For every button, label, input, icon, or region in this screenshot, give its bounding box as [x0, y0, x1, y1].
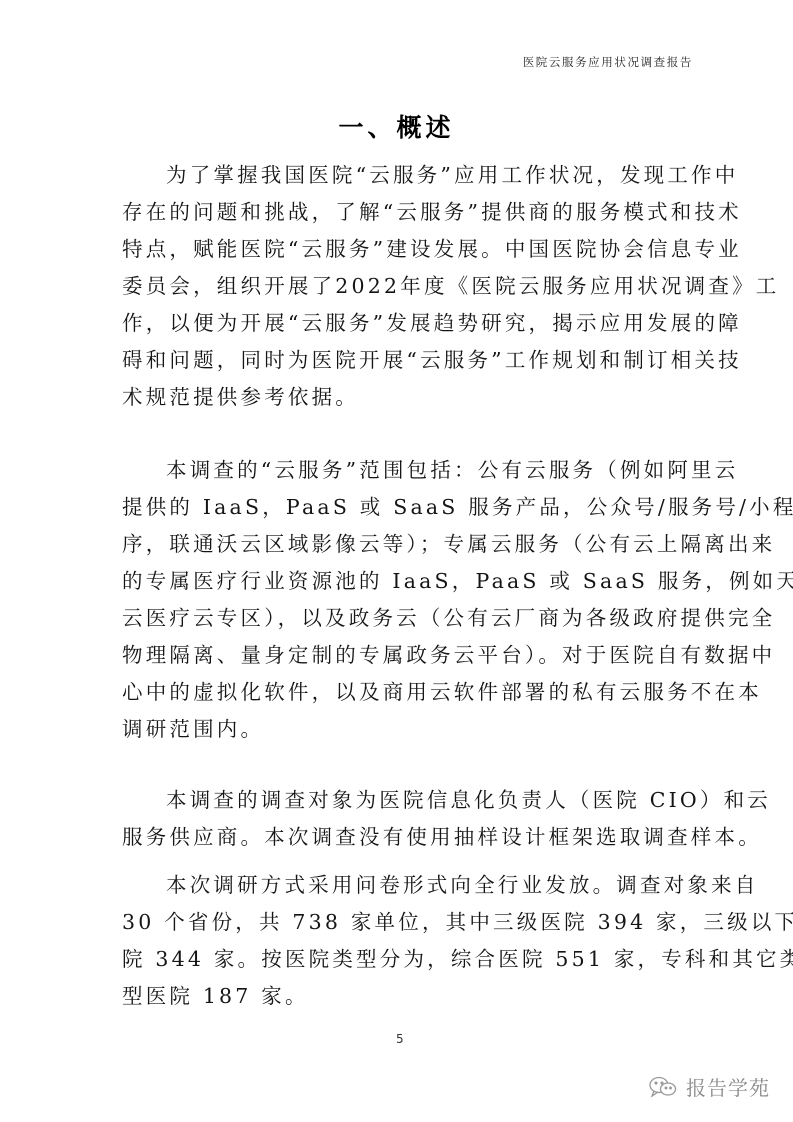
text-line: 物理隔离、量身定制的专属政务云平台）。对于医院自有数据中: [122, 637, 702, 674]
text-line: 作，以便为开展“云服务”发展趋势研究，揭示应用发展的障: [122, 305, 702, 342]
paragraph-subjects: 本调查的调查对象为医院信息化负责人（医院 CIO）和云 服务供应商。本次调查没有…: [122, 782, 702, 856]
text-line: 云医疗云专区），以及政务云（公有云厂商为各级政府提供完全: [122, 600, 702, 637]
text-line: 型医院 187 家。: [122, 978, 702, 1015]
text-line: 调研范围内。: [122, 711, 702, 748]
wechat-icon: [648, 1075, 678, 1099]
text-line: 提供的 IaaS，PaaS 或 SaaS 服务产品，公众号/服务号/小程: [122, 489, 702, 526]
text-line: 为了掌握我国医院“云服务”应用工作状况，发现工作中: [122, 157, 702, 194]
text-line: 30 个省份，共 738 家单位，其中三级医院 394 家，三级以下医: [122, 904, 702, 941]
text-line: 的专属医疗行业资源池的 IaaS，PaaS 或 SaaS 服务，例如天翼: [122, 563, 702, 600]
watermark-label: 报告学苑: [686, 1072, 770, 1101]
paragraph-method: 本次调研方式采用问卷形式向全行业发放。调查对象来自 30 个省份，共 738 家…: [122, 867, 702, 1015]
text-line: 本调查的调查对象为医院信息化负责人（医院 CIO）和云: [122, 782, 702, 819]
text-line: 委员会，组织开展了2022年度《医院云服务应用状况调查》工: [122, 268, 702, 305]
text-line: 服务供应商。本次调查没有使用抽样设计框架选取调查样本。: [122, 819, 702, 856]
text-line: 序，联通沃云区域影像云等）；专属云服务（公有云上隔离出来: [122, 526, 702, 563]
text-line: 特点，赋能医院“云服务”建设发展。中国医院协会信息专业: [122, 231, 702, 268]
page-number: 5: [396, 1032, 404, 1046]
section-title: 一、概述: [0, 108, 793, 144]
running-header: 医院云服务应用状况调查报告: [523, 54, 693, 70]
text-line: 存在的问题和挑战，了解“云服务”提供商的服务模式和技术: [122, 194, 702, 231]
watermark: 报告学苑: [648, 1072, 770, 1101]
paragraph-scope: 本调查的“云服务”范围包括：公有云服务（例如阿里云 提供的 IaaS，PaaS …: [122, 452, 702, 748]
text-line: 本调查的“云服务”范围包括：公有云服务（例如阿里云: [122, 452, 702, 489]
paragraph-purpose: 为了掌握我国医院“云服务”应用工作状况，发现工作中 存在的问题和挑战，了解“云服…: [122, 157, 702, 416]
text-line: 碍和问题，同时为医院开展“云服务”工作规划和制订相关技: [122, 342, 702, 379]
text-line: 心中的虚拟化软件，以及商用云软件部署的私有云服务不在本: [122, 674, 702, 711]
text-line: 术规范提供参考依据。: [122, 379, 702, 416]
text-line: 院 344 家。按医院类型分为，综合医院 551 家，专科和其它类: [122, 941, 702, 978]
text-line: 本次调研方式采用问卷形式向全行业发放。调查对象来自: [122, 867, 702, 904]
